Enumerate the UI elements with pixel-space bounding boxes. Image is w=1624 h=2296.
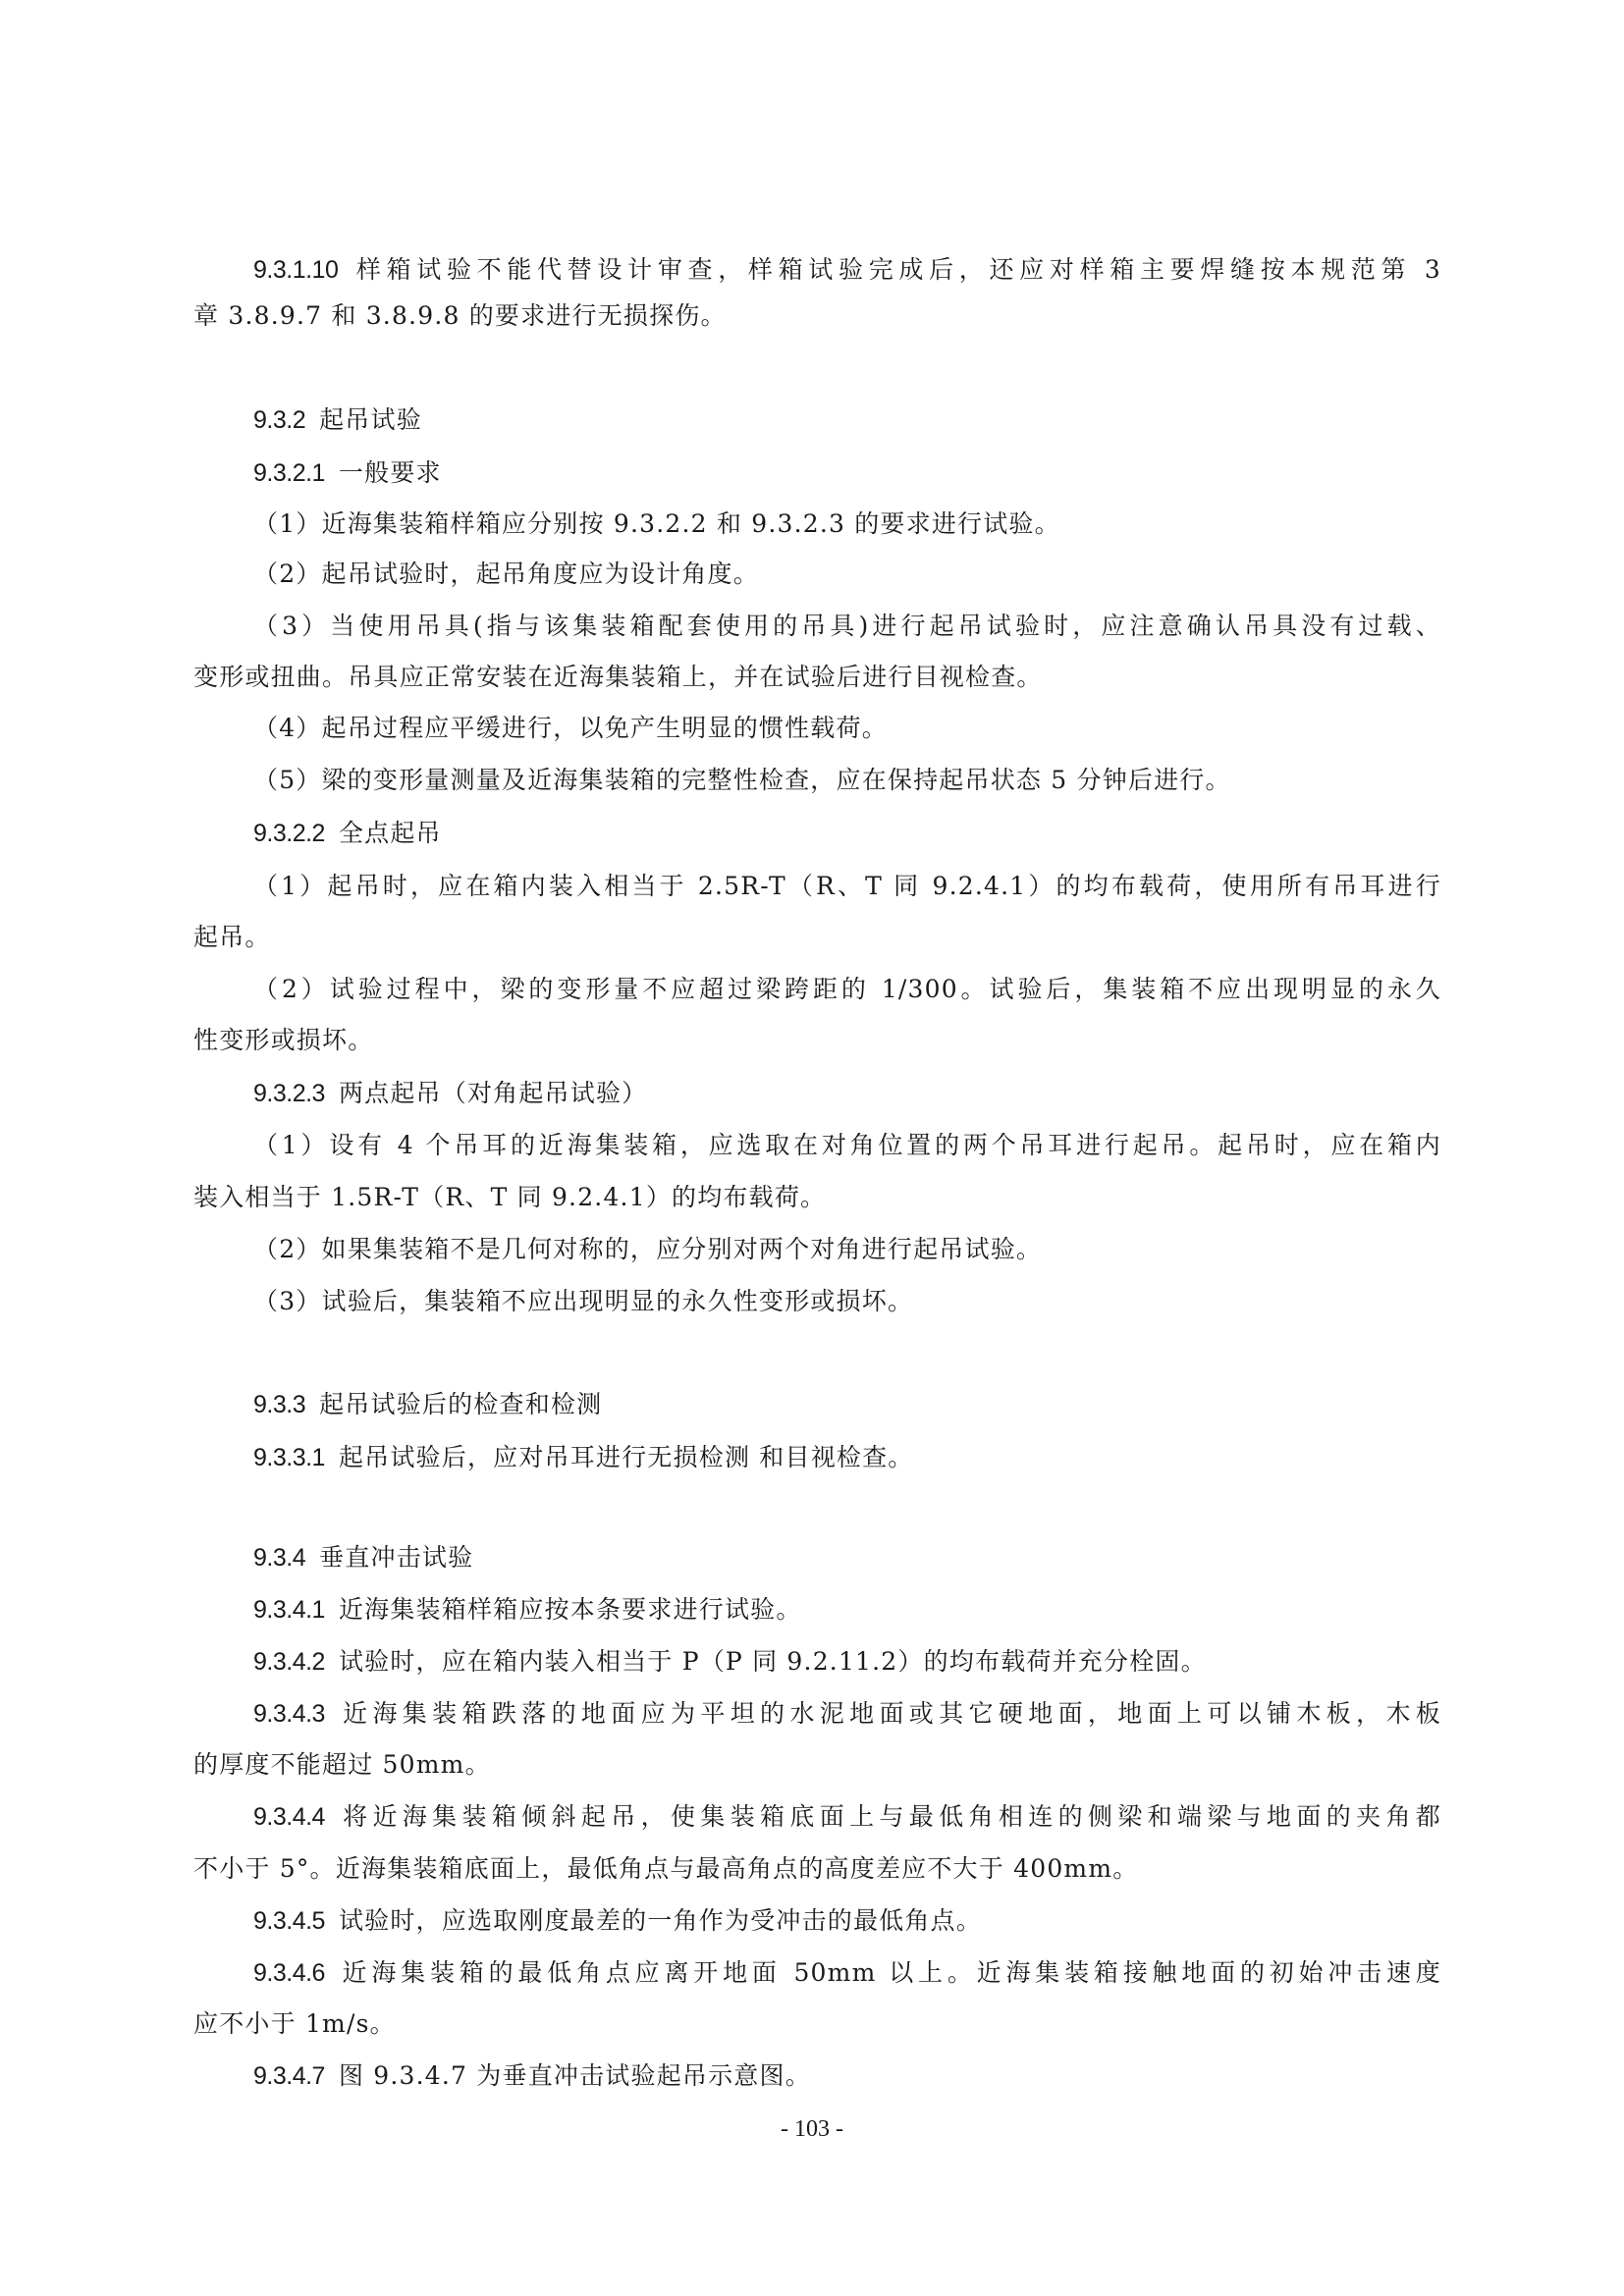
clause-text: 一般要求 [339, 458, 442, 487]
clause-text: 变形或扭曲。吊具应正常安装在近海集装箱上，并在试验后进行目视检查。 [193, 663, 1043, 691]
clause-9-3-2-2: 9.3.2.2全点起吊 [253, 817, 1441, 850]
clause-text: 起吊试验后，应对吊耳进行无损检测 和目视检查。 [339, 1443, 914, 1471]
clause-9-3-4-7: 9.3.4.7图 9.3.4.7 为垂直冲击试验起吊示意图。 [253, 2059, 1441, 2093]
text-line: 性变形或损坏。 [193, 1024, 1440, 1057]
clause-text: 两点起吊（对角起吊试验） [339, 1079, 647, 1107]
text-line: 变形或扭曲。吊具应正常安装在近海集装箱上，并在试验后进行目视检查。 [193, 661, 1440, 694]
clause-text: 不小于 5°。近海集装箱底面上，最低角点与最高角点的高度差应不大于 400mm。 [193, 1854, 1138, 1883]
text-line: 应不小于 1m/s。 [193, 2007, 1440, 2041]
clause-number: 9.3.4.4 [253, 1803, 325, 1831]
clause-9-3-4-5: 9.3.4.5试验时，应选取刚度最差的一角作为受冲击的最低角点。 [253, 1904, 1441, 1938]
clause-text: 垂直冲击试验 [319, 1543, 473, 1572]
clause-text: （5）梁的变形量测量及近海集装箱的完整性检查，应在保持起吊状态 5 分钟后进行。 [253, 766, 1231, 794]
clause-text: 近海集装箱的最低角点应离开地面 50mm 以上。近海集装箱接触地面的初始冲击速度 [339, 1958, 1441, 1987]
clause-text: 近海集装箱样箱应按本条要求进行试验。 [339, 1595, 802, 1624]
page-number: - 103 - [0, 2116, 1624, 2143]
text-line: （2）如果集装箱不是几何对称的，应分别对两个对角进行起吊试验。 [253, 1233, 1441, 1266]
clause-text: 试验时，应在箱内装入相当于 P（P 同 9.2.11.2）的均布载荷并充分栓固。 [339, 1647, 1207, 1676]
text-line: （3）当使用吊具(指与该集装箱配套使用的吊具)进行起吊试验时，应注意确认吊具没有… [253, 610, 1441, 643]
text-line: （4）起吊过程应平缓进行，以免产生明显的惯性载荷。 [253, 712, 1441, 745]
clause-text: 将近海集装箱倾斜起吊，使集装箱底面上与最低角相连的侧梁和端梁与地面的夹角都 [339, 1802, 1441, 1831]
text-line: （1）设有 4 个吊耳的近海集装箱，应选取在对角位置的两个吊耳进行起吊。起吊时，… [253, 1129, 1441, 1162]
clause-text: （2）起吊试验时，起吊角度应为设计角度。 [253, 560, 759, 588]
clause-9-3-4-4: 9.3.4.4将近海集装箱倾斜起吊，使集装箱底面上与最低角相连的侧梁和端梁与地面… [253, 1800, 1441, 1834]
clause-text: 章 3.8.9.7 和 3.8.9.8 的要求进行无损探伤。 [193, 301, 727, 330]
text-line: 的厚度不能超过 50mm。 [193, 1748, 1440, 1782]
clause-9-3-4: 9.3.4垂直冲击试验 [253, 1541, 1441, 1575]
clause-number: 9.3.3.1 [253, 1444, 325, 1471]
text-line: （1）近海集装箱样箱应分别按 9.3.2.2 和 9.3.2.3 的要求进行试验… [253, 507, 1441, 541]
clause-number: 9.3.4.1 [253, 1596, 325, 1624]
clause-9-3-3: 9.3.3起吊试验后的检查和检测 [253, 1388, 1441, 1421]
clause-text: （2）试验过程中，梁的变形量不应超过梁跨距的 1/300。试验后，集装箱不应出现… [253, 975, 1441, 1003]
text-line: 不小于 5°。近海集装箱底面上，最低角点与最高角点的高度差应不大于 400mm。 [193, 1852, 1440, 1886]
clause-text: （3）当使用吊具(指与该集装箱配套使用的吊具)进行起吊试验时，应注意确认吊具没有… [253, 612, 1441, 640]
text-line: （1）起吊时，应在箱内装入相当于 2.5R-T（R、T 同 9.2.4.1）的均… [253, 870, 1441, 903]
clause-number: 9.3.4.7 [253, 2062, 325, 2090]
clause-text: （1）近海集装箱样箱应分别按 9.3.2.2 和 9.3.2.3 的要求进行试验… [253, 509, 1060, 538]
clause-text: 应不小于 1m/s。 [193, 2009, 396, 2038]
text-line: （2）起吊试验时，起吊角度应为设计角度。 [253, 558, 1441, 591]
text-line: 章 3.8.9.7 和 3.8.9.8 的要求进行无损探伤。 [193, 299, 1440, 333]
clause-text: 装入相当于 1.5R-T（R、T 同 9.2.4.1）的均布载荷。 [193, 1183, 826, 1211]
text-line: 装入相当于 1.5R-T（R、T 同 9.2.4.1）的均布载荷。 [193, 1181, 1440, 1214]
clause-text: 全点起吊 [339, 819, 442, 847]
clause-text: 性变形或损坏。 [193, 1026, 373, 1054]
clause-9-3-4-1: 9.3.4.1近海集装箱样箱应按本条要求进行试验。 [253, 1593, 1441, 1627]
clause-9-3-2-3: 9.3.2.3两点起吊（对角起吊试验） [253, 1077, 1441, 1110]
clause-text: 样箱试验不能代替设计审查，样箱试验完成后，还应对样箱主要焊缝按本规范第 3 [352, 255, 1441, 284]
clause-text: （1）设有 4 个吊耳的近海集装箱，应选取在对角位置的两个吊耳进行起吊。起吊时，… [253, 1131, 1441, 1159]
clause-text: 起吊试验后的检查和检测 [319, 1390, 602, 1418]
clause-9-3-4-6: 9.3.4.6近海集装箱的最低角点应离开地面 50mm 以上。近海集装箱接触地面… [253, 1956, 1441, 1990]
clause-text: 起吊试验 [319, 405, 422, 434]
clause-text: （2）如果集装箱不是几何对称的，应分别对两个对角进行起吊试验。 [253, 1235, 1042, 1263]
clause-9-3-2: 9.3.2起吊试验 [253, 403, 1441, 437]
clause-9-3-4-3: 9.3.4.3近海集装箱跌落的地面应为平坦的水泥地面或其它硬地面，地面上可以铺木… [253, 1697, 1441, 1731]
clause-number: 9.3.2.1 [253, 459, 325, 487]
clause-number: 9.3.4.5 [253, 1907, 325, 1935]
clause-number: 9.3.4.6 [253, 1959, 325, 1987]
clause-text: （1）起吊时，应在箱内装入相当于 2.5R-T（R、T 同 9.2.4.1）的均… [253, 872, 1441, 900]
clause-text: 起吊。 [193, 923, 271, 951]
clause-text: 试验时，应选取刚度最差的一角作为受冲击的最低角点。 [339, 1906, 982, 1935]
clause-number: 9.3.1.10 [253, 256, 338, 284]
clause-number: 9.3.4.2 [253, 1648, 325, 1676]
clause-text: 近海集装箱跌落的地面应为平坦的水泥地面或其它硬地面，地面上可以铺木板，木板 [339, 1699, 1441, 1728]
clause-number: 9.3.2.2 [253, 820, 325, 847]
clause-number: 9.3.4 [253, 1544, 305, 1572]
clause-text: 的厚度不能超过 50mm。 [193, 1750, 491, 1779]
clause-number: 9.3.2.3 [253, 1080, 325, 1107]
text-line: 起吊。 [193, 921, 1440, 954]
clause-text: （4）起吊过程应平缓进行，以免产生明显的惯性载荷。 [253, 714, 888, 742]
text-line: （3）试验后，集装箱不应出现明显的永久性变形或损坏。 [253, 1285, 1441, 1318]
text-line: （5）梁的变形量测量及近海集装箱的完整性检查，应在保持起吊状态 5 分钟后进行。 [253, 764, 1441, 797]
clause-9-3-1-10: 9.3.1.10样箱试验不能代替设计审查，样箱试验完成后，还应对样箱主要焊缝按本… [253, 253, 1441, 287]
clause-9-3-2-1: 9.3.2.1一般要求 [253, 456, 1441, 490]
text-line: （2）试验过程中，梁的变形量不应超过梁跨距的 1/300。试验后，集装箱不应出现… [253, 973, 1441, 1006]
clause-number: 9.3.4.3 [253, 1700, 325, 1728]
clause-text: （3）试验后，集装箱不应出现明显的永久性变形或损坏。 [253, 1287, 913, 1315]
clause-text: 图 9.3.4.7 为垂直冲击试验起吊示意图。 [339, 2061, 811, 2090]
clause-9-3-3-1: 9.3.3.1起吊试验后，应对吊耳进行无损检测 和目视检查。 [253, 1441, 1441, 1474]
clause-number: 9.3.3 [253, 1391, 305, 1418]
clause-9-3-4-2: 9.3.4.2试验时，应在箱内装入相当于 P（P 同 9.2.11.2）的均布载… [253, 1645, 1441, 1679]
clause-number: 9.3.2 [253, 406, 305, 434]
